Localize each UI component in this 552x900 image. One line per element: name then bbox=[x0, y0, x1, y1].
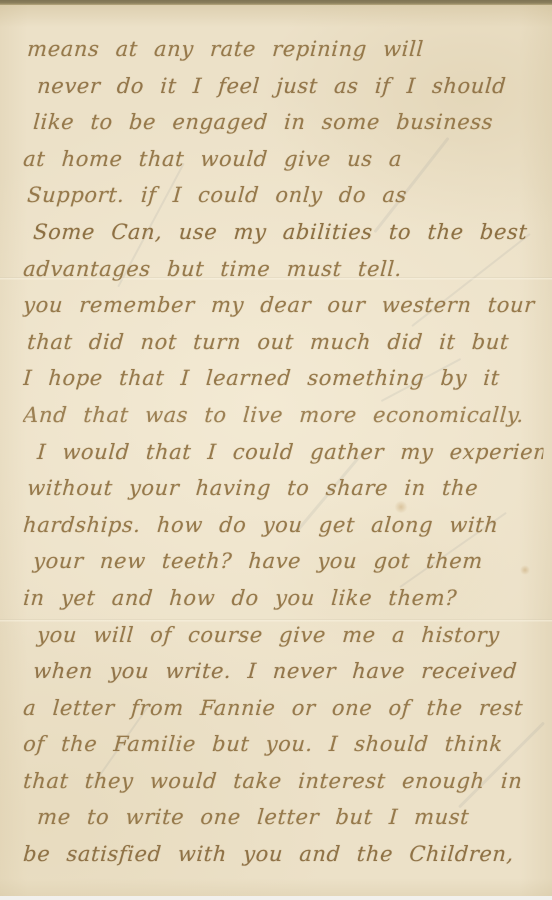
letter-line: like to be engaged in some business bbox=[22, 104, 545, 141]
letter-line: that did not turn out much did it but bbox=[22, 324, 545, 361]
letter-line: advantages but time must tell. bbox=[22, 251, 545, 288]
letter-line: I would that I could gather my experienc… bbox=[22, 434, 545, 471]
letter-line: that they would take interest enough in bbox=[22, 763, 545, 800]
letter-line: a letter from Fannie or one of the rest bbox=[22, 690, 545, 727]
letter-line: means at any rate repining will bbox=[22, 31, 545, 68]
letter-scan: means at any rate repining will never do… bbox=[0, 0, 552, 900]
letter-line: I hope that I learned something by it bbox=[22, 360, 545, 397]
letter-line: of the Familie but you. I should think bbox=[22, 726, 545, 763]
letter-line: hardships. how do you get along with bbox=[22, 507, 545, 544]
letter-line: without your having to share in the bbox=[22, 470, 545, 507]
letter-line: never do it I feel just as if I should bbox=[22, 68, 545, 105]
letter-line: me to write one letter but I must bbox=[22, 799, 545, 836]
letter-line: in yet and how do you like them? bbox=[22, 580, 545, 617]
letter-line: Some Can, use my abilities to the best bbox=[22, 214, 545, 251]
letter-line: when you write. I never have received bbox=[22, 653, 545, 690]
letter-line: be satisfied with you and the Children, bbox=[22, 836, 545, 873]
letter-line: at home that would give us a bbox=[22, 141, 545, 178]
letter-line: you remember my dear our western tour bbox=[22, 287, 545, 324]
letter-page: means at any rate repining will never do… bbox=[0, 5, 552, 896]
letter-line: you will of course give me a history bbox=[22, 617, 545, 654]
handwritten-text: means at any rate repining will never do… bbox=[22, 31, 542, 873]
scan-bottom-margin bbox=[0, 896, 552, 900]
letter-line: And that was to live more economically. bbox=[22, 397, 545, 434]
letter-line: your new teeth? have you got them bbox=[22, 543, 545, 580]
letter-line: Support. if I could only do as bbox=[22, 177, 545, 214]
